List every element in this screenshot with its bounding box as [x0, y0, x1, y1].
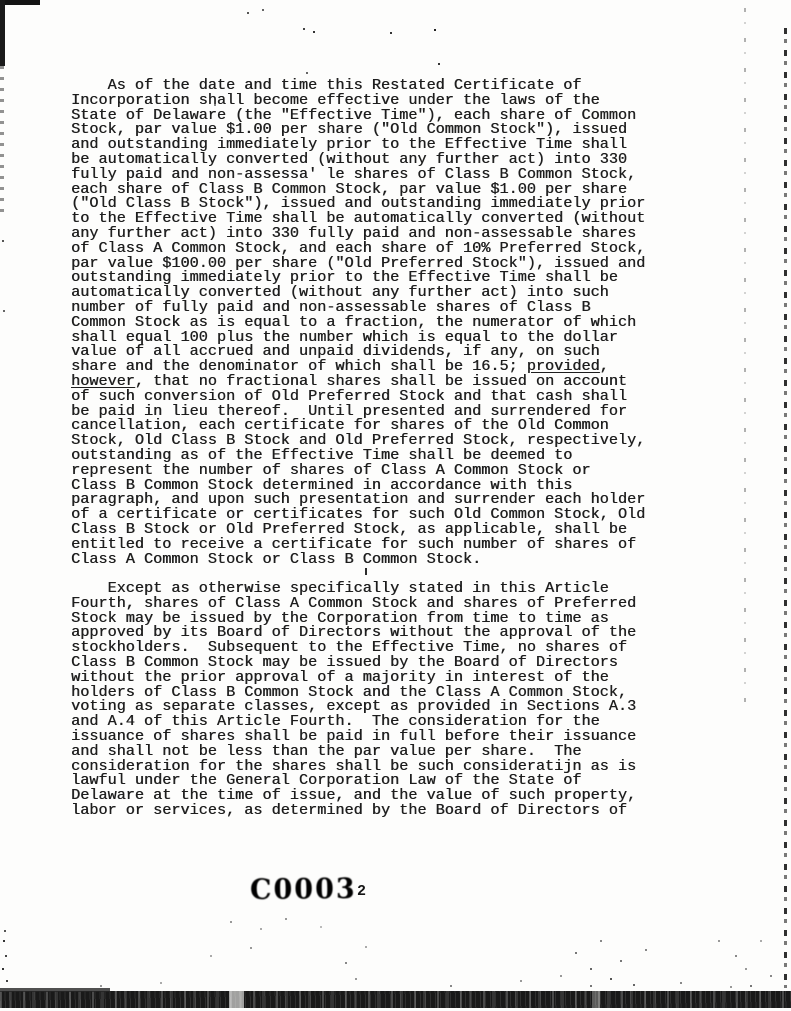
paragraph: Except as otherwise specifically stated …	[71, 581, 681, 818]
scan-artifact-speckles	[0, 0, 2, 2]
scan-artifact-right-dashed-line-inner	[744, 8, 746, 708]
text-line: labor or services, as determined by the …	[71, 803, 681, 818]
scan-artifact-right-dashed-line-outer	[784, 28, 787, 988]
scan-artifact-bottom-band-nub	[0, 988, 110, 992]
page-number: 2	[357, 883, 366, 900]
scan-artifact-top-edge-mark	[0, 0, 40, 5]
scan-artifact-bottom-band	[0, 991, 791, 1008]
scan-artifact-bottom-band-gap	[229, 991, 244, 1008]
scan-artifact-bottom-band-gap	[592, 991, 600, 1008]
scan-artifact-left-edge-mark	[0, 0, 5, 66]
document-text: As of the date and time this Restated Ce…	[71, 78, 681, 833]
scan-artifact-left-edge-fade	[0, 66, 4, 216]
document-control-stamp: C0003	[250, 873, 357, 906]
text-line: Class A Common Stock or Class B Common S…	[71, 552, 681, 567]
scanned-document-page: As of the date and time this Restated Ce…	[0, 0, 791, 1011]
paragraph: As of the date and time this Restated Ce…	[71, 78, 681, 566]
